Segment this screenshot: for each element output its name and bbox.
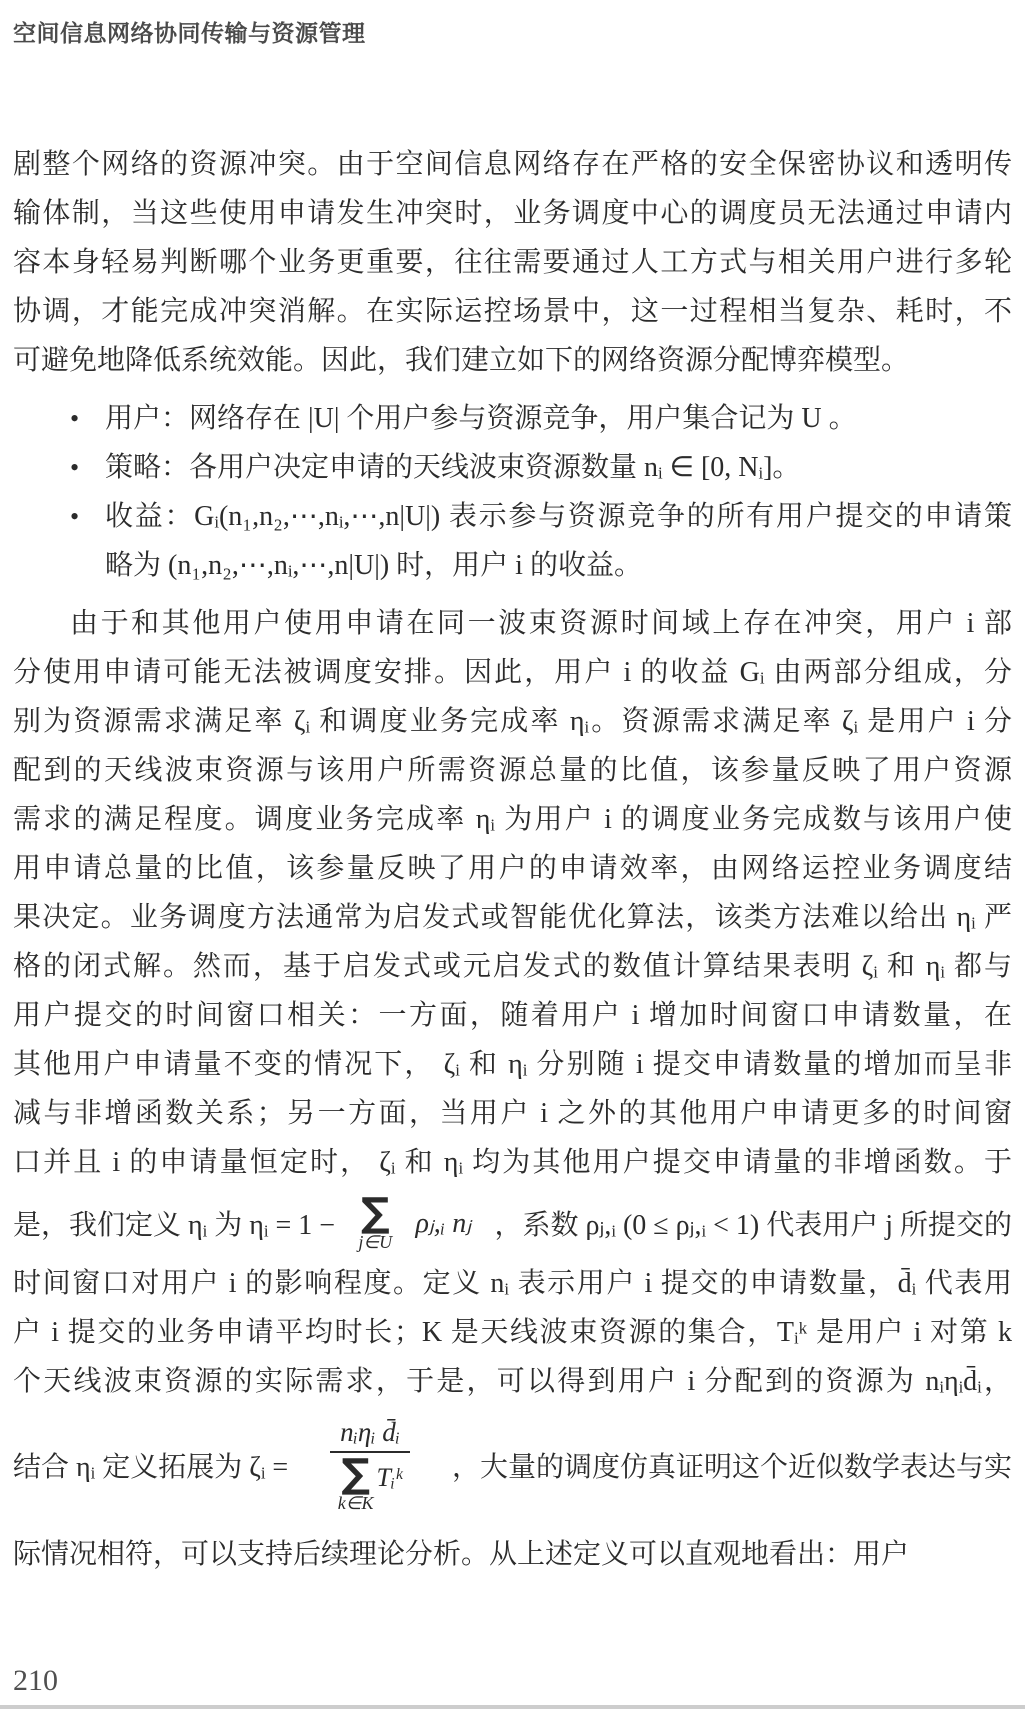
bullet-item-payoff: • 收益：Gᵢ(n₁,n₂,⋯,nᵢ,⋯,n|U|) 表示参与资源竞争的所有用户… <box>13 492 1012 590</box>
bullet-marker-icon: • <box>70 394 79 443</box>
text-line: 时间窗口对用户 i 的影响程度。定义 nᵢ 表示用户 i 提交的申请数量，d̄ᵢ… <box>13 1259 1012 1308</box>
scan-edge-artifact <box>0 1705 1025 1709</box>
text-line: 别为资源需求满足率 ζᵢ 和调度业务完成率 ηᵢ。资源需求满足率 ζᵢ 是用户 … <box>13 697 1012 746</box>
fraction-denominator: ∑ k∈K Tᵢᵏ <box>330 1453 410 1512</box>
text-line: 户 i 提交的业务申请平均时长；K 是天线波束资源的集合，Tᵢᵏ 是用户 i 对… <box>13 1308 1012 1357</box>
text-line: 协调，才能完成冲突消解。在实际运控场景中，这一过程相当复杂、耗时，不 <box>13 287 1012 336</box>
text-line: 容本身轻易判断哪个业务更重要，往往需要通过人工方式与相关用户进行多轮 <box>13 238 1012 287</box>
sum-subscript: j∈U <box>358 1233 392 1251</box>
text-line: 果决定。业务调度方法通常为启发式或智能优化算法，该类方法难以给出 ηᵢ 严 <box>13 893 1012 942</box>
bullet-marker-icon: • <box>70 443 79 492</box>
text-line: 输体制，当这些使用申请发生冲突时，业务调度中心的调度员无法通过申请内 <box>13 189 1012 238</box>
formula-suffix: ，大量的调度仿真证明这个近似数学表达与实 <box>452 1445 1012 1485</box>
text-line: 其他用户申请量不变的情况下， ζᵢ 和 ηᵢ 分别随 i 提交申请数量的增加而呈… <box>13 1040 1012 1089</box>
text-line: 个天线波束资源的实际需求，于是，可以得到用户 i 分配到的资源为 nᵢηᵢd̄ᵢ… <box>13 1357 1012 1406</box>
bullet-text: 用户：网络存在 |U| 个用户参与资源竞争，用户集合记为 U 。 <box>105 394 1012 443</box>
text-line: 配到的天线波束资源与该用户所需资源总量的比值，该参量反映了用户资源 <box>13 746 1012 795</box>
sum-subscript: k∈K <box>338 1494 374 1512</box>
text-line: 口并且 i 的申请量恒定时， ζᵢ 和 ηᵢ 均为其他用户提交申请量的非增函数。… <box>13 1138 1012 1187</box>
bullet-text: 收益：Gᵢ(n₁,n₂,⋯,nᵢ,⋯,n|U|) 表示参与资源竞争的所有用户提交… <box>105 492 1012 541</box>
text-line: 用户提交的时间窗口相关：一方面，随着用户 i 增加时间窗口申请数量，在 <box>13 991 1012 1040</box>
sigma-symbol: ∑ <box>341 1456 370 1492</box>
summand: ρⱼ,ᵢ nⱼ <box>415 1206 471 1240</box>
text-line: 减与非增函数关系；另一方面，当用户 i 之外的其他用户申请更多的时间窗 <box>13 1089 1012 1138</box>
bullet-list: • 用户：网络存在 |U| 个用户参与资源竞争，用户集合记为 U 。 • 策略：… <box>13 394 1012 590</box>
bullet-item-users: • 用户：网络存在 |U| 个用户参与资源竞争，用户集合记为 U 。 <box>13 394 1012 443</box>
formula-eta-line: 是，我们定义 ηᵢ 为 ηᵢ = 1 − ∑ j∈U ρⱼ,ᵢ nⱼ ，系数 ρ… <box>13 1187 1012 1259</box>
fraction-numerator: nᵢηᵢ d̄ᵢ <box>330 1418 410 1453</box>
text-line: 分使用申请可能无法被调度安排。因此，用户 i 的收益 Gᵢ 由两部分组成，分 <box>13 648 1012 697</box>
denominator-term: Tᵢᵏ <box>376 1463 402 1493</box>
formula-suffix: ，系数 ρⱼ,ᵢ (0 ≤ ρⱼ,ᵢ < 1) 代表用户 j 所提交的 <box>495 1203 1012 1243</box>
sum-operator: ∑ k∈K <box>338 1456 374 1512</box>
formula-prefix: 是，我们定义 ηᵢ 为 ηᵢ = 1 − <box>13 1203 335 1243</box>
bullet-marker-icon: • <box>70 492 79 541</box>
paragraph-1: 剧整个网络的资源冲突。由于空间信息网络存在严格的安全保密协议和透明传 输体制，当… <box>13 140 1012 385</box>
text-line: 格的闭式解。然而，基于启发式或元启发式的数值计算结果表明 ζᵢ 和 ηᵢ 都与 <box>13 942 1012 991</box>
bullet-text: 策略：各用户决定申请的天线波束资源数量 nᵢ ∈ [0, Nᵢ]。 <box>105 443 1012 492</box>
text-line: 际情况相符，可以支持后续理论分析。从上述定义可以直观地看出：用户 <box>13 1530 1012 1579</box>
text-line: 剧整个网络的资源冲突。由于空间信息网络存在严格的安全保密协议和透明传 <box>13 140 1012 189</box>
formula-zeta-line: 结合 ηᵢ 定义拓展为 ζᵢ = nᵢηᵢ d̄ᵢ ∑ k∈K Tᵢᵏ ，大量的… <box>13 1406 1012 1524</box>
book-title: 空间信息网络协同传输与资源管理 <box>13 20 366 46</box>
document-page: 空间信息网络协同传输与资源管理 剧整个网络的资源冲突。由于空间信息网络存在严格的… <box>0 0 1025 1709</box>
sum-operator: ∑ j∈U <box>358 1195 392 1251</box>
text-line: 可避免地降低系统效能。因此，我们建立如下的网络资源分配博弈模型。 <box>13 336 1012 385</box>
text-line: 用申请总量的比值，该参量反映了用户的申请效率，由网络运控业务调度结 <box>13 844 1012 893</box>
bullet-text: 略为 (n₁,n₂,⋯,nᵢ,⋯,n|U|) 时，用户 i 的收益。 <box>105 541 1012 590</box>
text-line: 由于和其他用户使用申请在同一波束资源时间域上存在冲突，用户 i 部 <box>13 599 1012 648</box>
paragraph-2: 由于和其他用户使用申请在同一波束资源时间域上存在冲突，用户 i 部 分使用申请可… <box>13 599 1012 1579</box>
fraction: nᵢηᵢ d̄ᵢ ∑ k∈K Tᵢᵏ <box>330 1418 410 1512</box>
page-body: 剧整个网络的资源冲突。由于空间信息网络存在严格的安全保密协议和透明传 输体制，当… <box>13 140 1012 1579</box>
formula-prefix: 结合 ηᵢ 定义拓展为 ζᵢ = <box>13 1445 288 1485</box>
text-line: 需求的满足程度。调度业务完成率 ηᵢ 为用户 i 的调度业务完成数与该用户使 <box>13 795 1012 844</box>
sigma-symbol: ∑ <box>361 1195 390 1231</box>
bullet-item-strategy: • 策略：各用户决定申请的天线波束资源数量 nᵢ ∈ [0, Nᵢ]。 <box>13 443 1012 492</box>
page-number: 210 <box>13 1664 58 1698</box>
running-header: 空间信息网络协同传输与资源管理 <box>13 15 366 48</box>
